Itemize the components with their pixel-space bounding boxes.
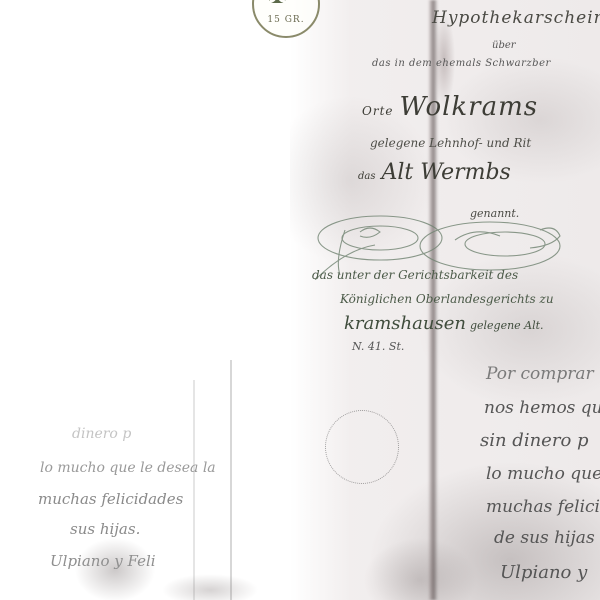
faint-postmark bbox=[325, 410, 399, 484]
script-line: gelegene Lehnhof- und Rit bbox=[370, 136, 531, 150]
place-name: Wolkrams bbox=[400, 92, 539, 122]
script-prefix: Orte bbox=[362, 104, 394, 118]
faint-handwriting-signature: Ulpiano y Feli bbox=[50, 552, 156, 570]
estate-name: Alt Wermbs bbox=[382, 160, 511, 185]
estate-name-line: dasAlt Wermbs bbox=[358, 160, 511, 185]
script-line: über bbox=[492, 40, 516, 51]
handwriting-line: Por comprar bbox=[486, 364, 594, 384]
faint-handwriting-line: dinero p bbox=[72, 426, 131, 442]
script-line: das in dem ehemals Schwarzber bbox=[372, 58, 551, 69]
eagle-icon: ✠ bbox=[268, 0, 286, 8]
paper-stain bbox=[150, 560, 270, 600]
location-line: kramshausengelegene Alt. bbox=[344, 313, 544, 334]
faint-handwriting-line: muchas felicidades bbox=[38, 490, 183, 508]
script-prefix: das bbox=[358, 171, 376, 182]
script-line: Königlichen Oberlandesgerichts zu bbox=[340, 292, 554, 306]
script-line: das unter der Gerichtsbarkeit des bbox=[312, 268, 518, 282]
faint-handwriting-line: sus hijas. bbox=[70, 520, 140, 538]
faint-handwriting-line: lo mucho que le desea la bbox=[40, 460, 216, 476]
location-name: kramshausen bbox=[344, 313, 466, 334]
handwriting-line: nos hemos qu bbox=[484, 398, 600, 418]
handwriting-line: muchas felici bbox=[486, 497, 600, 517]
handwriting-line: lo mucho que bbox=[486, 464, 600, 484]
handwriting-signature: Ulpiano y bbox=[500, 562, 587, 583]
script-suffix: gelegene Alt. bbox=[470, 319, 544, 332]
place-name-line: OrteWolkrams bbox=[362, 92, 538, 122]
handwriting-line: de sus hijas bbox=[494, 528, 595, 548]
stamp-value: 15 GR. bbox=[254, 15, 318, 25]
handwriting-line: sin dinero p bbox=[480, 430, 589, 451]
document-scan: ✠ 15 GR. Hypothekarschein über das in de… bbox=[0, 0, 600, 600]
reference-number: N. 41. St. bbox=[352, 340, 404, 353]
document-title: Hypothekarschein bbox=[432, 8, 600, 28]
